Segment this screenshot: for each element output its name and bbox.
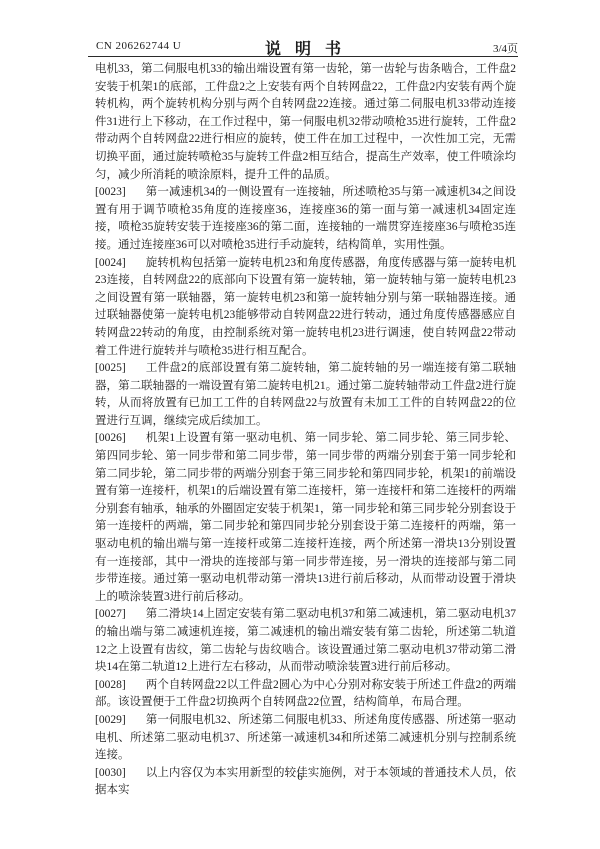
paragraph-number: [0027]	[95, 606, 126, 624]
paragraph-number: [0028]	[95, 677, 126, 695]
paragraph-number: [0029]	[95, 712, 126, 730]
paragraph-text: 第一减速机34的一侧设置有一连接轴，所述喷枪35与第一减速机34之间设置有用于调…	[95, 186, 516, 251]
header-divider	[88, 56, 518, 57]
paragraph: [0027]第二滑块14上固定安装有第二驱动电机37和第二减速机，第二驱动电机3…	[95, 606, 516, 676]
paragraph: [0023]第一减速机34的一侧设置有一连接轴，所述喷枪35与第一减速机34之间…	[95, 184, 516, 254]
paragraph-text: 第二滑块14上固定安装有第二驱动电机37和第二减速机，第二驱动电机37的输出端与…	[95, 608, 516, 673]
paragraph-number: [0025]	[95, 360, 126, 378]
paragraph: [0026]机架1上设置有第一驱动电机、第一同步轮、第二同步轮、第三同步轮、第四…	[95, 430, 516, 606]
page-header: CN 206262744 U 说明书 3/4页	[88, 36, 518, 56]
paragraph: [0029]第一伺服电机32、所述第二伺服电机33、所述角度传感器、所述第一驱动…	[95, 712, 516, 765]
paragraph: [0024]旋转机构包括第一旋转电机23和角度传感器，角度传感器与第一旋转电机2…	[95, 255, 516, 361]
paragraph-number: [0023]	[95, 184, 126, 202]
paragraph-text: 工件盘2的底部设置有第二旋转轴，第二旋转轴的另一端连接有第二联轴器，第二联轴器的…	[95, 362, 516, 427]
paragraph-number: [0026]	[95, 430, 126, 448]
paragraph-text: 旋转机构包括第一旋转电机23和角度传感器，角度传感器与第一旋转电机23连接，自转…	[95, 257, 516, 357]
paragraph: 电机33，第二伺服电机33的输出端设置有第一齿轮，第一齿轮与齿条啮合，工件盘2安…	[95, 61, 516, 184]
page-number: 6	[297, 771, 303, 783]
paragraph-text: 第一伺服电机32、所述第二伺服电机33、所述角度传感器、所述第一驱动电机、所述第…	[95, 714, 516, 761]
sheet-indicator: 3/4页	[493, 40, 518, 56]
specification-body: 电机33，第二伺服电机33的输出端设置有第一齿轮，第一齿轮与齿条啮合，工件盘2安…	[95, 61, 516, 800]
paragraph-number: [0024]	[95, 255, 126, 273]
paragraph-text: 电机33，第二伺服电机33的输出端设置有第一齿轮，第一齿轮与齿条啮合，工件盘2安…	[95, 63, 516, 181]
paragraph-text: 机架1上设置有第一驱动电机、第一同步轮、第二同步轮、第三同步轮、第四同步轮、第一…	[95, 432, 516, 602]
paragraph-text: 两个自转网盘22以工件盘2圆心为中心分别对称安装于所述工件盘2的两端部。该设置便…	[95, 679, 516, 709]
page-footer: 6	[0, 771, 600, 783]
paragraph: [0028]两个自转网盘22以工件盘2圆心为中心分别对称安装于所述工件盘2的两端…	[95, 677, 516, 712]
paragraph: [0025]工件盘2的底部设置有第二旋转轴，第二旋转轴的另一端连接有第二联轴器，…	[95, 360, 516, 430]
patent-specification-page: CN 206262744 U 说明书 3/4页 电机33，第二伺服电机33的输出…	[0, 0, 600, 849]
